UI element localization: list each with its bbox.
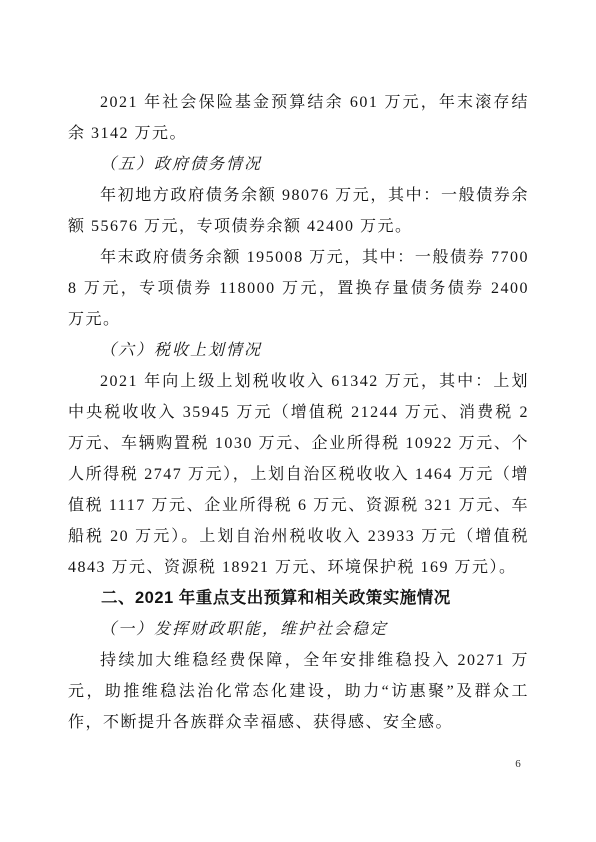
paragraph-stability-funding: 持续加大维稳经费保障，全年安排维稳投入 20271 万元，助推维稳法治化常态化建…: [68, 645, 529, 738]
document-body: 2021 年社会保险基金预算结余 601 万元，年末滚存结余 3142 万元。 …: [68, 87, 529, 738]
heading-2-1-fiscal-function-stability: （一）发挥财政职能，维护社会稳定: [68, 614, 529, 645]
heading-section-6-tax-upward: （六）税收上划情况: [68, 335, 529, 366]
document-page: 2021 年社会保险基金预算结余 601 万元，年末滚存结余 3142 万元。 …: [0, 0, 596, 842]
paragraph-debt-year-end: 年末政府债务余额 195008 万元，其中：一般债券 77008 万元，专项债券…: [68, 242, 529, 335]
heading-part-2-key-expenditure: 二、2021 年重点支出预算和相关政策实施情况: [68, 583, 529, 614]
paragraph-social-insurance-balance: 2021 年社会保险基金预算结余 601 万元，年末滚存结余 3142 万元。: [68, 87, 529, 149]
heading-section-5-government-debt: （五）政府债务情况: [68, 149, 529, 180]
page-number: 6: [508, 758, 528, 770]
paragraph-debt-year-begin: 年初地方政府债务余额 98076 万元，其中：一般债券余额 55676 万元，专…: [68, 180, 529, 242]
paragraph-tax-upward-detail: 2021 年向上级上划税收收入 61342 万元，其中：上划中央税收收入 359…: [68, 366, 529, 583]
